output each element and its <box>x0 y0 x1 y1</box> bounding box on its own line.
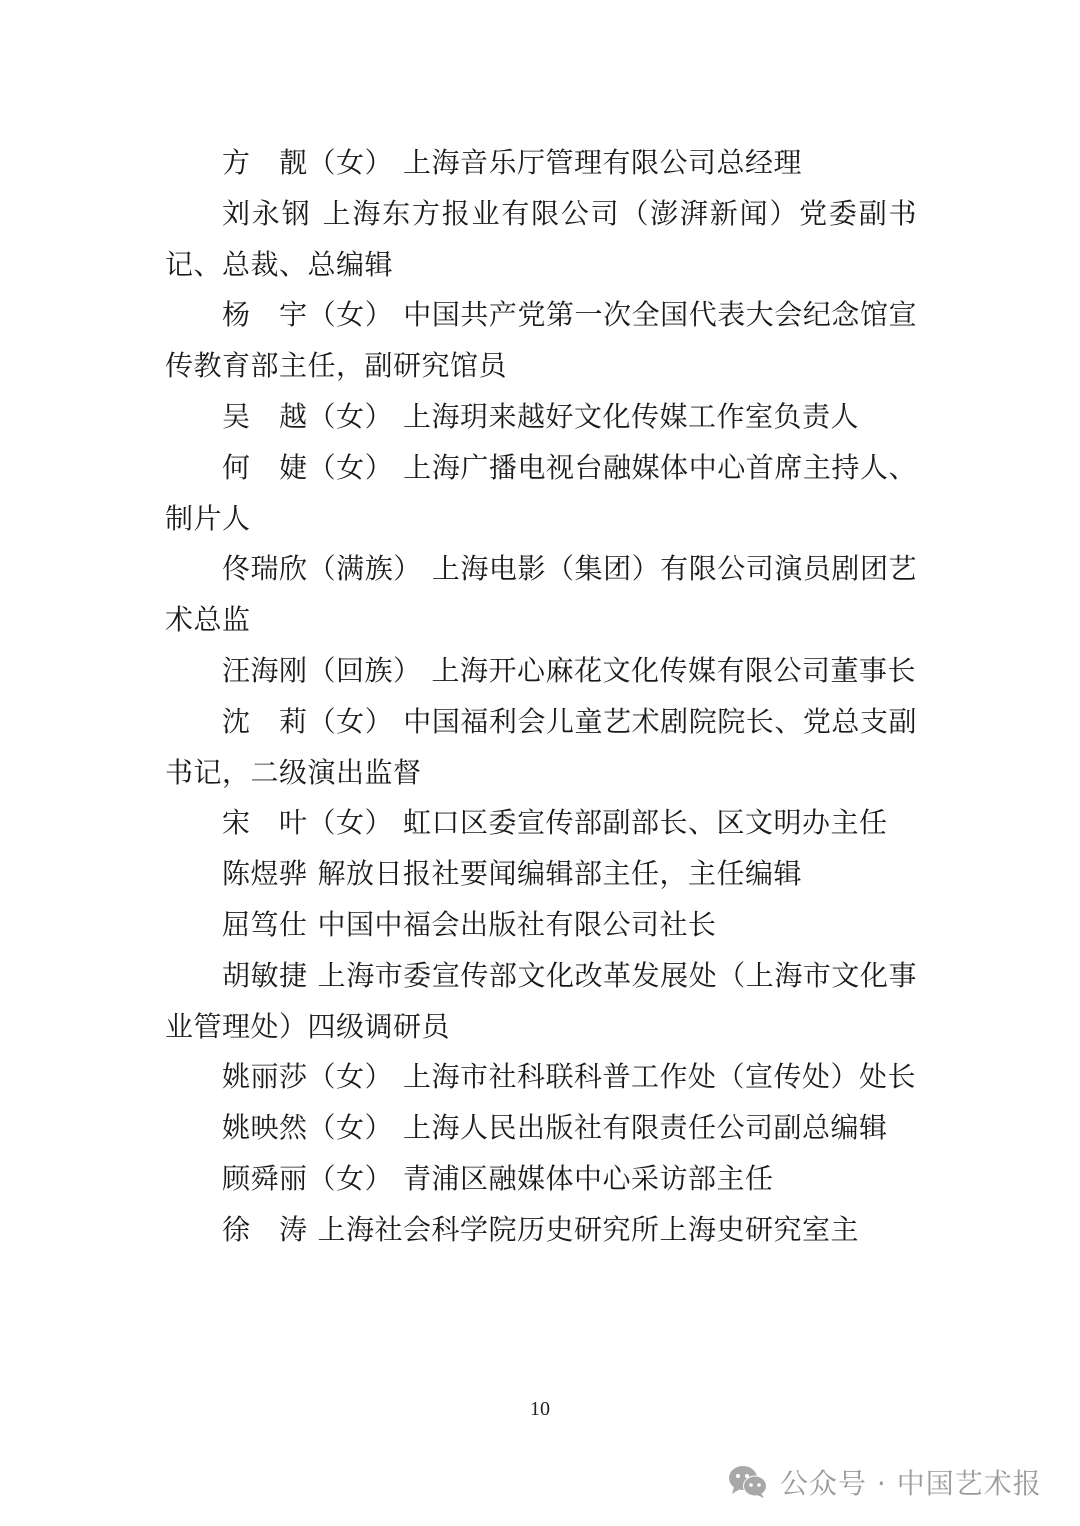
member-name: 刘永钢 <box>222 197 311 230</box>
member-title: 虹口区委宣传部副部长、区文明办主任 <box>403 806 888 839</box>
member-title: 上海市社科联科普工作处（宣传处）处长 <box>403 1060 916 1093</box>
member-name: 吴 越（女） <box>222 400 393 433</box>
member-title: 解放日报社要闻编辑部主任，主任编辑 <box>318 857 803 890</box>
member-name: 汪海刚（回族） <box>222 654 422 687</box>
member-title: 上海音乐厅管理有限公司总经理 <box>403 146 802 179</box>
member-name: 屈笃仕 <box>222 908 308 941</box>
list-item: 宋 叶（女）虹口区委宣传部副部长、区文明办主任 <box>165 798 917 849</box>
list-item: 姚映然（女）上海人民出版社有限责任公司副总编辑 <box>165 1103 917 1154</box>
member-title: 上海人民出版社有限责任公司副总编辑 <box>403 1111 888 1144</box>
list-item: 胡敏捷上海市委宣传部文化改革发展处（上海市文化事业管理处）四级调研员 <box>165 951 917 1053</box>
list-item: 屈笃仕中国中福会出版社有限公司社长 <box>165 900 917 951</box>
member-name: 杨 宇（女） <box>222 298 393 331</box>
member-name: 沈 莉（女） <box>222 705 393 738</box>
page-number: 10 <box>0 1398 1080 1421</box>
list-item: 汪海刚（回族）上海开心麻花文化传媒有限公司董事长 <box>165 646 917 697</box>
member-name: 顾舜丽（女） <box>222 1162 393 1195</box>
watermark: 公众号 · 中国艺术报 <box>728 1462 1042 1502</box>
list-item: 杨 宇（女）中国共产党第一次全国代表大会纪念馆宣传教育部主任，副研究馆员 <box>165 290 917 392</box>
member-name: 姚丽莎（女） <box>222 1060 393 1093</box>
member-title: 上海玥来越好文化传媒工作室负责人 <box>403 400 859 433</box>
member-list: 方 靓（女）上海音乐厅管理有限公司总经理 刘永钢上海东方报业有限公司（澎湃新闻）… <box>165 138 917 1256</box>
member-title: 青浦区融媒体中心采访部主任 <box>403 1162 774 1195</box>
member-name: 姚映然（女） <box>222 1111 393 1144</box>
member-name: 何 婕（女） <box>222 451 393 484</box>
wechat-icon <box>728 1465 768 1499</box>
list-item: 陈煜骅解放日报社要闻编辑部主任，主任编辑 <box>165 849 917 900</box>
list-item: 沈 莉（女）中国福利会儿童艺术剧院院长、党总支副书记，二级演出监督 <box>165 697 917 799</box>
list-item: 何 婕（女）上海广播电视台融媒体中心首席主持人、制片人 <box>165 443 917 545</box>
member-name: 方 靓（女） <box>222 146 393 179</box>
list-item: 佟瑞欣（满族）上海电影（集团）有限公司演员剧团艺术总监 <box>165 544 917 646</box>
member-title: 上海开心麻花文化传媒有限公司董事长 <box>432 654 917 687</box>
member-name: 佟瑞欣（满族） <box>222 552 422 585</box>
list-item: 刘永钢上海东方报业有限公司（澎湃新闻）党委副书记、总裁、总编辑 <box>165 189 917 291</box>
list-item: 吴 越（女）上海玥来越好文化传媒工作室负责人 <box>165 392 917 443</box>
member-name: 徐 涛 <box>222 1213 308 1246</box>
document-page: 方 靓（女）上海音乐厅管理有限公司总经理 刘永钢上海东方报业有限公司（澎湃新闻）… <box>0 0 1080 1526</box>
list-item: 方 靓（女）上海音乐厅管理有限公司总经理 <box>165 138 917 189</box>
list-item: 徐 涛上海社会科学院历史研究所上海史研究室主 <box>165 1205 917 1256</box>
member-name: 陈煜骅 <box>222 857 308 890</box>
member-name: 宋 叶（女） <box>222 806 393 839</box>
member-title: 中国中福会出版社有限公司社长 <box>318 908 717 941</box>
list-item: 姚丽莎（女）上海市社科联科普工作处（宣传处）处长 <box>165 1052 917 1103</box>
member-title: 上海社会科学院历史研究所上海史研究室主 <box>318 1213 860 1246</box>
member-name: 胡敏捷 <box>222 959 308 992</box>
list-item: 顾舜丽（女）青浦区融媒体中心采访部主任 <box>165 1154 917 1205</box>
watermark-text: 公众号 · 中国艺术报 <box>780 1462 1042 1502</box>
